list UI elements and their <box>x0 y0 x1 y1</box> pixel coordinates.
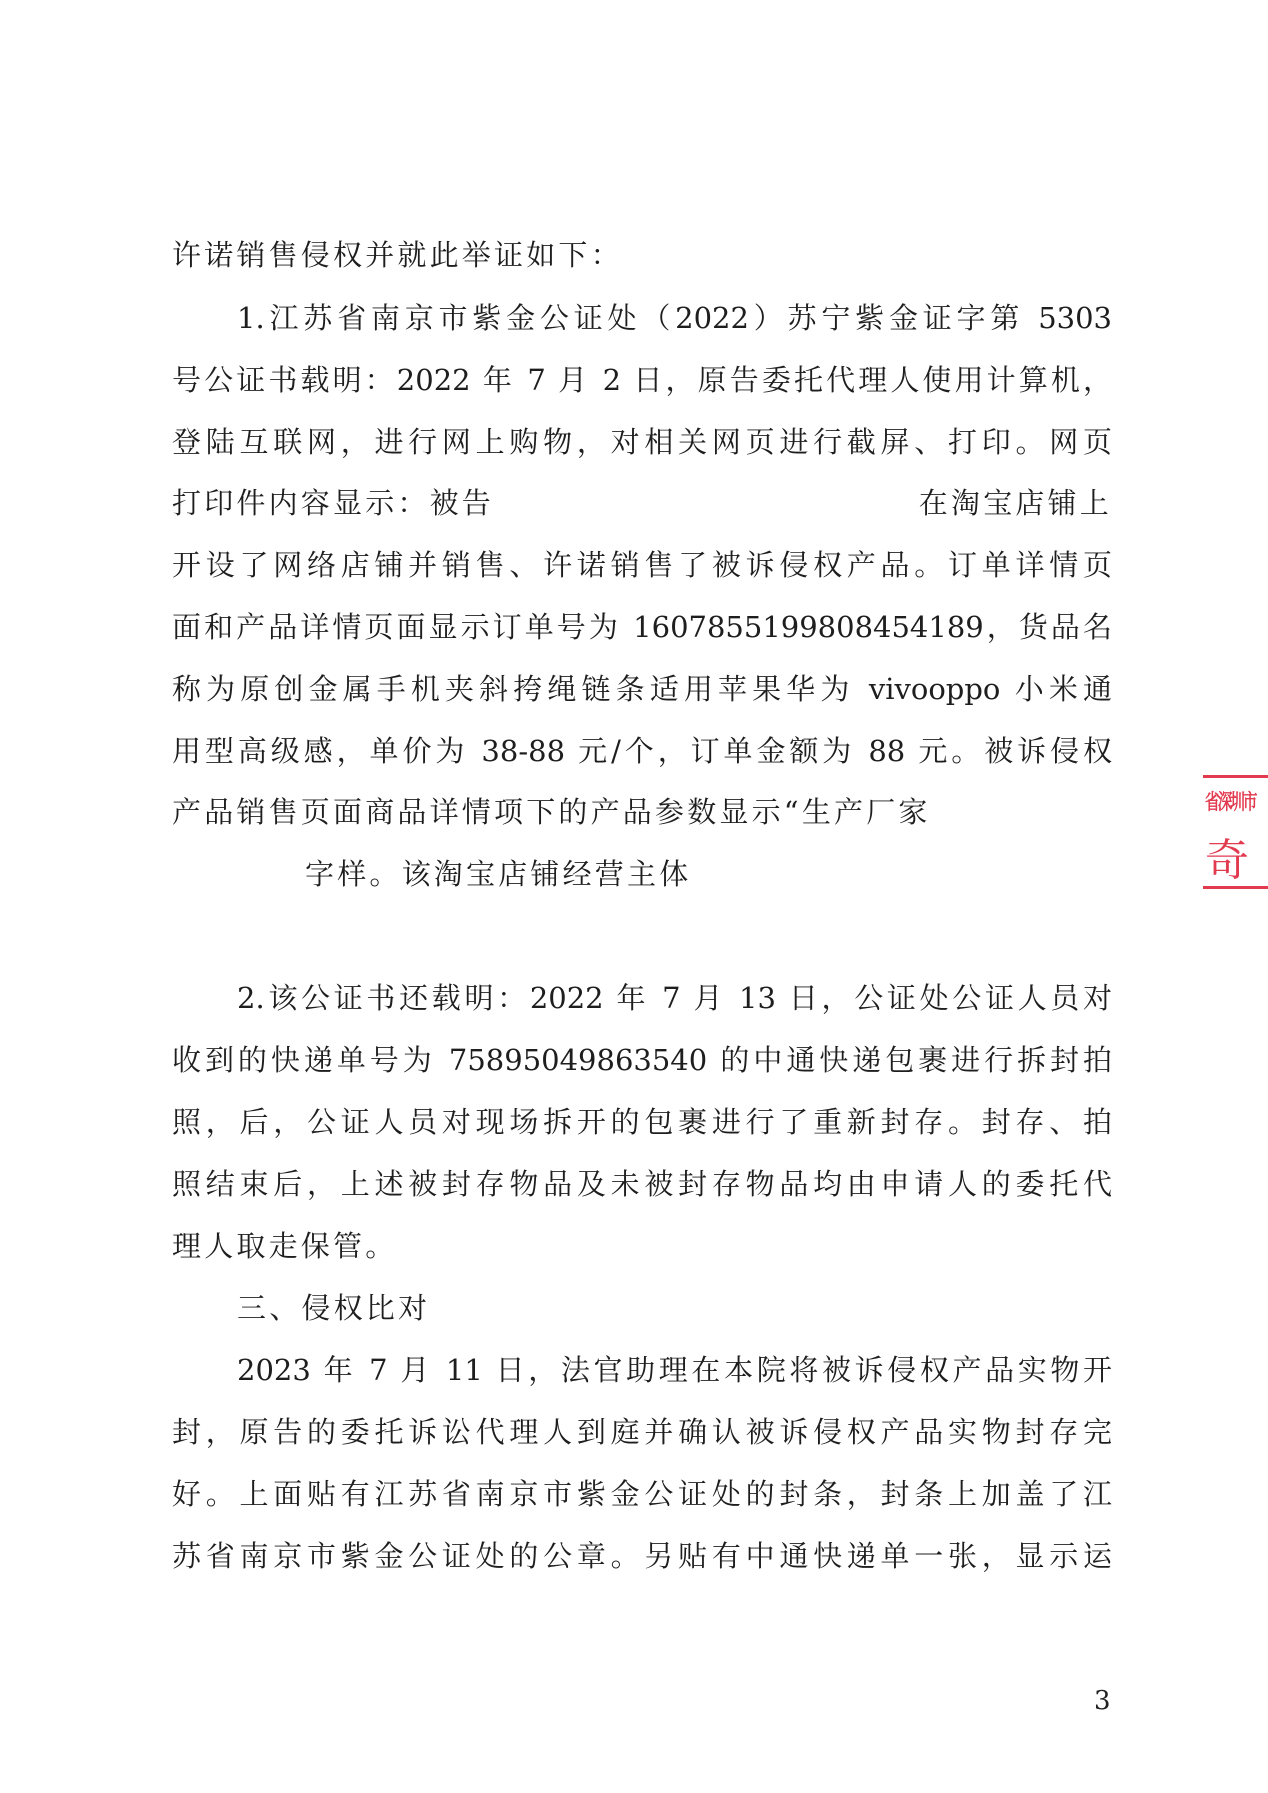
text-line: 2.该公证书还载明：2022 年 7 月 13 日，公证处公证人员对 <box>237 976 1112 1020</box>
text-line: 好。上面贴有江苏省南京市紫金公证处的封条，封条上加盖了江 <box>172 1472 1112 1516</box>
section-heading: 三、侵权比对 <box>237 1286 1112 1330</box>
text-line: 面和产品详情页面显示订单号为 1607855199808454189，货品名 <box>172 605 1112 649</box>
document-page: 许诺销售侵权并就此举证如下：1.江苏省南京市紫金公证处（2022）苏宁紫金证字第… <box>0 0 1268 1793</box>
seal-stamp: 省深圳市 奇 编 <box>1203 775 1268 889</box>
text-line: 苏省南京市紫金公证处的公章。另贴有中通快递单一张，显示运 <box>172 1534 1112 1578</box>
text-line: 许诺销售侵权并就此举证如下： <box>172 233 1112 277</box>
text-line-right: 在淘宝店铺上 <box>912 481 1112 525</box>
text-line: 称为原创金属手机夹斜挎绳链条适用苹果华为 vivooppo 小米通 <box>172 667 1112 711</box>
text-line: 用型高级感，单价为 38-88 元/个，订单金额为 88 元。被诉侵权 <box>172 729 1112 773</box>
text-line: 收到的快递单号为 75895049863540 的中通快递包裹进行拆封拍 <box>172 1038 1112 1082</box>
text-line: 号公证书载明：2022 年 7 月 2 日，原告委托代理人使用计算机， <box>172 358 1112 402</box>
text-line: 1.江苏省南京市紫金公证处（2022）苏宁紫金证字第 5303 <box>237 296 1112 340</box>
text-line: 理人取走保管。 <box>172 1224 1112 1268</box>
seal-stamp-top-text: 省深圳市 <box>1205 786 1255 816</box>
page-number: 3 <box>1094 1686 1111 1716</box>
text-line: 封，原告的委托诉讼代理人到庭并确认被诉侵权产品实物封存完 <box>172 1410 1112 1454</box>
text-line: 2023 年 7 月 11 日，法官助理在本院将被诉侵权产品实物开 <box>237 1348 1112 1392</box>
text-line: 登陆互联网，进行网上购物，对相关网页进行截屏、打印。网页 <box>172 420 1112 464</box>
text-line: 照，后，公证人员对现场拆开的包裹进行了重新封存。封存、拍 <box>172 1100 1112 1144</box>
text-line: 产品销售页面商品详情项下的产品参数显示“生产厂家 <box>172 790 1112 834</box>
text-line: 字样。该淘宝店铺经营主体 <box>305 852 1245 896</box>
text-line: 开设了网络店铺并销售、许诺销售了被诉侵权产品。订单详情页 <box>172 543 1112 587</box>
text-line: 照结束后，上述被封存物品及未被封存物品均由申请人的委托代 <box>172 1162 1112 1206</box>
seal-stamp-bottom-text: 奇 编 <box>1205 824 1268 888</box>
